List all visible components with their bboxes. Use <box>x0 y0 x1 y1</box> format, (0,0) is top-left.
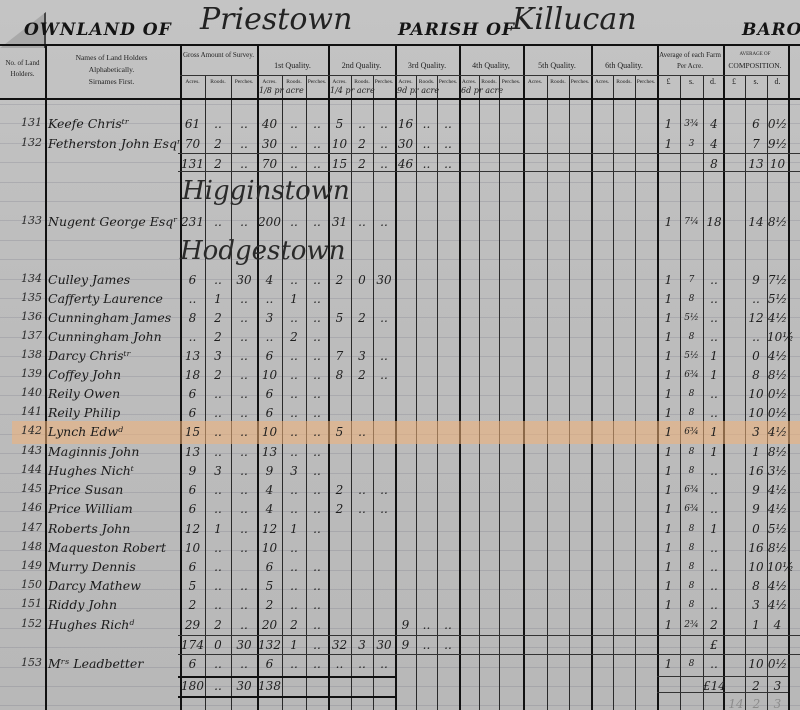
q2-acres: 31 <box>328 214 351 230</box>
gross-roods: .. <box>205 424 231 440</box>
row-divider <box>0 44 800 46</box>
gross-perches: .. <box>231 214 257 230</box>
q2-acres: 2 <box>328 482 351 498</box>
col-q6-header: 6th Quality. <box>591 60 657 71</box>
gross-acres: 70 <box>180 136 205 152</box>
q1-perches: .. <box>306 597 328 613</box>
comp-pounds: 2 <box>703 617 725 633</box>
subheader-acres: Acres. <box>328 78 351 86</box>
gross-acres: .. <box>180 291 205 307</box>
subheader-perches: Perches. <box>373 78 395 86</box>
holder-name: Maqueston Robert <box>48 540 166 555</box>
holder-number: 144 <box>2 463 44 476</box>
comp-shillings: 13 <box>745 156 767 172</box>
avg-pounds: 1 <box>657 463 680 479</box>
gross-perches: .. <box>231 521 257 537</box>
q2-roods: 3 <box>351 637 373 653</box>
q1-roods: 2 <box>282 617 306 633</box>
comp-shillings: 10 <box>745 386 767 402</box>
comp-pence: 9½ <box>767 136 788 152</box>
holder-name: Cafferty Laurence <box>48 291 163 306</box>
q1-perches: .. <box>306 444 328 460</box>
comp-pence: 4½ <box>767 501 788 517</box>
q3-acres: 46 <box>395 156 416 172</box>
gross-perches: .. <box>231 597 257 613</box>
q1-acres: 12 <box>257 521 282 537</box>
row-divider <box>178 654 800 655</box>
q1-roods: 1 <box>282 521 306 537</box>
comp-pounds: 4 <box>703 136 725 152</box>
avg-pounds: 1 <box>657 578 680 594</box>
holder-name: Mʳˢ Leadbetter <box>48 656 143 671</box>
column-divider <box>523 44 525 710</box>
q1-roods: .. <box>282 116 306 132</box>
avg-shillings: 6¾ <box>680 482 703 498</box>
comp-pence: 8½ <box>767 540 788 556</box>
q1-perches: .. <box>306 637 328 653</box>
gross-perches: .. <box>231 348 257 364</box>
column-divider <box>45 44 47 710</box>
gross-acres: 6 <box>180 559 205 575</box>
comp-pounds: .. <box>703 463 725 479</box>
gross-perches: .. <box>231 136 257 152</box>
avg-shillings: 8 <box>680 463 703 479</box>
avg-pounds: 1 <box>657 482 680 498</box>
subheader-acres: Acres. <box>395 78 416 86</box>
q1-acres: 10 <box>257 424 282 440</box>
row-divider <box>178 153 800 154</box>
holder-number: 132 <box>2 136 44 149</box>
comp-pence: 4½ <box>767 310 788 326</box>
subheader-acres: Acres. <box>591 78 613 86</box>
title-band: OWNLAND OF Priestown PARISH OF Killucan … <box>0 0 800 44</box>
gross-roods: 1 <box>205 521 231 537</box>
q4-rate: 6d pr acre <box>461 86 503 95</box>
holder-name: Maginnis John <box>48 444 139 459</box>
comp-pounds: 1 <box>703 367 725 383</box>
gross-acres: 8 <box>180 310 205 326</box>
gross-perches: .. <box>231 329 257 345</box>
holder-name: Roberts John <box>48 521 130 536</box>
q1-acres: 200 <box>257 214 282 230</box>
gross-acres: 180 <box>180 678 205 694</box>
col-q3-header: 3rd Quality. <box>395 60 459 71</box>
holder-name: Fetherston John Esqʳ <box>48 136 181 151</box>
holder-name: Reily Philip <box>48 405 120 420</box>
holder-number: 133 <box>2 214 44 227</box>
holder-name: Darcy Mathew <box>48 578 141 593</box>
q1-roods: .. <box>282 348 306 364</box>
holder-name: Cunningham James <box>48 310 171 325</box>
q1-acres: 6 <box>257 348 282 364</box>
gross-perches: .. <box>231 444 257 460</box>
gross-roods: 2 <box>205 156 231 172</box>
q1-perches: .. <box>306 424 328 440</box>
holder-number: 139 <box>2 367 44 380</box>
col-names-header: Names of Land Holders Alphabetically. Si… <box>45 52 178 88</box>
comp-pounds: 1 <box>703 424 725 440</box>
q2-roods: 3 <box>351 348 373 364</box>
q2-perches: .. <box>373 310 395 326</box>
q2-acres: .. <box>328 656 351 672</box>
q1-roods: 3 <box>282 463 306 479</box>
q2-perches: 30 <box>373 637 395 653</box>
comp-pence: 4½ <box>767 482 788 498</box>
q2-roods: .. <box>351 116 373 132</box>
q1-acres: 13 <box>257 444 282 460</box>
column-divider <box>459 44 461 710</box>
holder-name: Riddy John <box>48 597 117 612</box>
comp-pounds: £ <box>703 637 725 653</box>
gross-roods: 2 <box>205 136 231 152</box>
q1-roods: 1 <box>282 637 306 653</box>
comp-shillings: 8 <box>745 578 767 594</box>
subheader-acres: Acres. <box>459 78 479 86</box>
comp-shillings: 16 <box>745 463 767 479</box>
comp-pence: 4½ <box>767 424 788 440</box>
gross-roods: 2 <box>205 367 231 383</box>
q1-perches: .. <box>306 156 328 172</box>
avg-pounds: 1 <box>657 272 680 288</box>
row-divider <box>0 98 800 100</box>
townland-value: Priestown <box>200 2 352 37</box>
q2-perches: .. <box>373 348 395 364</box>
subheader-roods: Roods. <box>416 78 437 86</box>
avg-shillings: 6¾ <box>680 367 703 383</box>
gross-roods: .. <box>205 214 231 230</box>
avg-pounds: 1 <box>657 617 680 633</box>
comp-pounds: .. <box>703 540 725 556</box>
gross-roods: .. <box>205 656 231 672</box>
subheader-acres: Acres. <box>257 78 282 86</box>
q1-perches: .. <box>306 617 328 633</box>
q1-roods: .. <box>282 482 306 498</box>
holder-number: 151 <box>2 597 44 610</box>
comp-pounds: .. <box>703 597 725 613</box>
comp-shillings: 1 <box>745 444 767 460</box>
q1-acres: 4 <box>257 501 282 517</box>
q2-perches: .. <box>373 136 395 152</box>
avg-pounds: 1 <box>657 367 680 383</box>
holder-name: Reily Owen <box>48 386 120 401</box>
q2-roods: 2 <box>351 136 373 152</box>
q1-roods: .. <box>282 136 306 152</box>
gross-acres: 61 <box>180 116 205 132</box>
gross-roods: .. <box>205 444 231 460</box>
comp-pounds: .. <box>703 329 725 345</box>
q2-acres: 5 <box>328 116 351 132</box>
gross-perches: .. <box>231 310 257 326</box>
q1-roods: .. <box>282 501 306 517</box>
col-avg-header: Average of each Farm Per Acre. <box>657 50 723 72</box>
q3-roods: .. <box>416 156 437 172</box>
q2-roods: .. <box>351 482 373 498</box>
section-hodgestown: Hodgestown <box>180 236 345 266</box>
subheader-perches: Perches. <box>569 78 591 86</box>
q1-roods: .. <box>282 272 306 288</box>
q1-acres: 6 <box>257 559 282 575</box>
comp-shillings: 8 <box>745 367 767 383</box>
q2-acres: 5 <box>328 310 351 326</box>
gross-perches: .. <box>231 578 257 594</box>
avg-pounds: 1 <box>657 597 680 613</box>
comp-pence: 5½ <box>767 291 788 307</box>
gross-roods: 2 <box>205 617 231 633</box>
q1-roods: .. <box>282 214 306 230</box>
comp-shillings: 3 <box>745 597 767 613</box>
q3-perches: .. <box>437 156 459 172</box>
col-q1-header: 1st Quality. <box>257 60 328 71</box>
q2-acres: 8 <box>328 367 351 383</box>
comp-pence: 4½ <box>767 348 788 364</box>
faint-total-pounds: 14 <box>726 696 746 710</box>
avg-pounds: 1 <box>657 329 680 345</box>
comp-pence: 0½ <box>767 116 788 132</box>
avg-shillings: 8 <box>680 540 703 556</box>
q1-acres: .. <box>257 329 282 345</box>
comp-pence: 4½ <box>767 578 788 594</box>
q1-acres: 9 <box>257 463 282 479</box>
comp-shillings: 9 <box>745 272 767 288</box>
avg-pounds: 1 <box>657 405 680 421</box>
avg-pounds: 1 <box>657 521 680 537</box>
comp-shillings: 10 <box>745 656 767 672</box>
gross-acres: 6 <box>180 656 205 672</box>
avg-shillings: 8 <box>680 444 703 460</box>
q1-perches: .. <box>306 310 328 326</box>
comp-shillings: 9 <box>745 482 767 498</box>
holder-number: 147 <box>2 521 44 534</box>
gross-perches: .. <box>231 482 257 498</box>
holder-name: Nugent George Esqʳ <box>48 214 178 229</box>
comp-pounds: .. <box>703 482 725 498</box>
gross-perches: .. <box>231 291 257 307</box>
q3-acres: 16 <box>395 116 416 132</box>
q1-perches: .. <box>306 291 328 307</box>
q1-roods: .. <box>282 578 306 594</box>
gross-roods: .. <box>205 272 231 288</box>
comp-shillings: 0 <box>745 521 767 537</box>
subheader-pence: d. <box>703 78 723 86</box>
gross-acres: 18 <box>180 367 205 383</box>
q2-roods: .. <box>351 501 373 517</box>
avg-shillings: 8 <box>680 597 703 613</box>
holder-number: 143 <box>2 444 44 457</box>
document-page: OWNLAND OF Priestown PARISH OF Killucan … <box>0 0 800 710</box>
q2-acres: 2 <box>328 501 351 517</box>
avg-shillings: 7¼ <box>680 214 703 230</box>
avg-shillings: 8 <box>680 521 703 537</box>
q1-roods: .. <box>282 156 306 172</box>
avg-shillings: 3¾ <box>680 116 703 132</box>
avg-pounds: 1 <box>657 501 680 517</box>
subheader-roods: Roods. <box>351 78 373 86</box>
q2-acres: 7 <box>328 348 351 364</box>
holder-name: Darcy Chrisᵗʳ <box>48 348 131 363</box>
q1-roods: .. <box>282 405 306 421</box>
comp-pence: 4½ <box>767 597 788 613</box>
subheader-shillings: s. <box>745 78 767 86</box>
comp-shillings: 10 <box>745 559 767 575</box>
q2-acres: 32 <box>328 637 351 653</box>
gross-roods: 3 <box>205 463 231 479</box>
comp-pounds: 1 <box>703 348 725 364</box>
q3-perches: .. <box>437 116 459 132</box>
q3-perches: .. <box>437 136 459 152</box>
gross-perches: .. <box>231 501 257 517</box>
gross-perches: .. <box>231 463 257 479</box>
comp-pence: 0½ <box>767 386 788 402</box>
holder-name: Cunningham John <box>48 329 162 344</box>
gross-roods: .. <box>205 386 231 402</box>
q2-roods: .. <box>351 656 373 672</box>
q3-acres: 9 <box>395 617 416 633</box>
q1-acres: 138 <box>257 678 282 694</box>
avg-shillings: 5½ <box>680 348 703 364</box>
q2-rate: 1/4 pr acre <box>330 86 375 95</box>
gross-acres: 29 <box>180 617 205 633</box>
holder-name: Price William <box>48 501 133 516</box>
holder-name: Price Susan <box>48 482 123 497</box>
comp-pounds: £14 <box>703 678 725 694</box>
q2-roods: 2 <box>351 367 373 383</box>
gross-acres: 174 <box>180 637 205 653</box>
q1-roods: .. <box>282 424 306 440</box>
gross-perches: .. <box>231 540 257 556</box>
gross-acres: 5 <box>180 578 205 594</box>
subheader-roods: Roods. <box>479 78 499 86</box>
gross-acres: 13 <box>180 348 205 364</box>
q1-perches: .. <box>306 348 328 364</box>
comp-pounds: .. <box>703 291 725 307</box>
subheader-pounds: £ <box>657 78 680 86</box>
q3-acres: 9 <box>395 637 416 653</box>
col-comp-top-header: AVERAGE OF <box>723 49 787 60</box>
barony-label: BARO <box>742 20 800 40</box>
avg-shillings: 8 <box>680 656 703 672</box>
comp-pence: 7½ <box>767 272 788 288</box>
subheader-perches: Perches. <box>306 78 328 86</box>
comp-pounds: 1 <box>703 444 725 460</box>
q1-perches: .. <box>306 578 328 594</box>
q1-acres: 5 <box>257 578 282 594</box>
avg-shillings: 3 <box>680 136 703 152</box>
comp-pence: 8½ <box>767 214 788 230</box>
gross-acres: 6 <box>180 386 205 402</box>
q1-acres: 10 <box>257 367 282 383</box>
avg-shillings: 8 <box>680 578 703 594</box>
names-header-line-1: Names of Land Holders <box>45 52 178 64</box>
avg-pounds: 1 <box>657 540 680 556</box>
q1-acres: 4 <box>257 482 282 498</box>
col-q2-header: 2nd Quality. <box>328 60 395 71</box>
holder-number: 142 <box>2 424 44 437</box>
comp-pounds: .. <box>703 559 725 575</box>
comp-pounds: 8 <box>703 156 725 172</box>
avg-shillings: 7 <box>680 272 703 288</box>
holder-name: Murry Dennis <box>48 559 136 574</box>
gross-roods: .. <box>205 559 231 575</box>
holder-number: 140 <box>2 386 44 399</box>
q1-perches: .. <box>306 272 328 288</box>
avg-pounds: 1 <box>657 348 680 364</box>
q1-perches: .. <box>306 136 328 152</box>
col-comp-header: COMPOSITION. <box>723 60 787 71</box>
row-divider <box>178 696 395 698</box>
subheader-pounds: £ <box>723 78 745 86</box>
q1-perches: .. <box>306 463 328 479</box>
holder-number: 141 <box>2 405 44 418</box>
gross-roods: 2 <box>205 310 231 326</box>
faint-total-shillings: 2 <box>746 696 767 710</box>
q1-roods: .. <box>282 386 306 402</box>
gross-acres: 131 <box>180 156 205 172</box>
comp-shillings: 7 <box>745 136 767 152</box>
q2-perches: .. <box>373 482 395 498</box>
avg-shillings: 2¾ <box>680 617 703 633</box>
q2-roods: .. <box>351 424 373 440</box>
q2-acres: 15 <box>328 156 351 172</box>
holder-name: Culley James <box>48 272 130 287</box>
q1-acres: .. <box>257 291 282 307</box>
row-divider <box>657 676 788 677</box>
q1-perches: .. <box>306 521 328 537</box>
comp-pence: 10½ <box>767 329 788 345</box>
gross-perches: .. <box>231 656 257 672</box>
gross-perches: .. <box>231 156 257 172</box>
q2-roods: 2 <box>351 310 373 326</box>
names-header-line-2: Alphabetically. <box>45 64 178 76</box>
q1-perches: .. <box>306 367 328 383</box>
comp-pence: 8½ <box>767 367 788 383</box>
q3-perches: .. <box>437 637 459 653</box>
gross-roods: .. <box>205 501 231 517</box>
comp-shillings: .. <box>745 291 767 307</box>
q2-perches: .. <box>373 214 395 230</box>
holder-number: 148 <box>2 540 44 553</box>
q1-perches: .. <box>306 656 328 672</box>
comp-shillings: 10 <box>745 405 767 421</box>
avg-pounds: 1 <box>657 116 680 132</box>
q2-perches: .. <box>373 367 395 383</box>
comp-pence: 3½ <box>767 463 788 479</box>
q2-roods: .. <box>351 214 373 230</box>
q3-roods: .. <box>416 116 437 132</box>
gross-roods: 3 <box>205 348 231 364</box>
gross-roods: .. <box>205 116 231 132</box>
comp-pounds: .. <box>703 501 725 517</box>
holder-number: 149 <box>2 559 44 572</box>
q2-perches: .. <box>373 116 395 132</box>
q1-roods: .. <box>282 310 306 326</box>
q2-acres: 10 <box>328 136 351 152</box>
holder-number: 145 <box>2 482 44 495</box>
avg-pounds: 1 <box>657 424 680 440</box>
holder-number: 146 <box>2 501 44 514</box>
holder-number: 135 <box>2 291 44 304</box>
comp-shillings: 16 <box>745 540 767 556</box>
subheader-perches: Perches. <box>437 78 459 86</box>
parish-value: Killucan <box>512 2 637 37</box>
comp-shillings: 3 <box>745 424 767 440</box>
subheader-acres: Acres. <box>523 78 547 86</box>
comp-shillings: 6 <box>745 116 767 132</box>
gross-acres: 13 <box>180 444 205 460</box>
q1-acres: 2 <box>257 597 282 613</box>
holder-name: Hughes Richᵈ <box>48 617 134 632</box>
holder-number: 153 <box>2 656 44 669</box>
comp-shillings: 14 <box>745 214 767 230</box>
